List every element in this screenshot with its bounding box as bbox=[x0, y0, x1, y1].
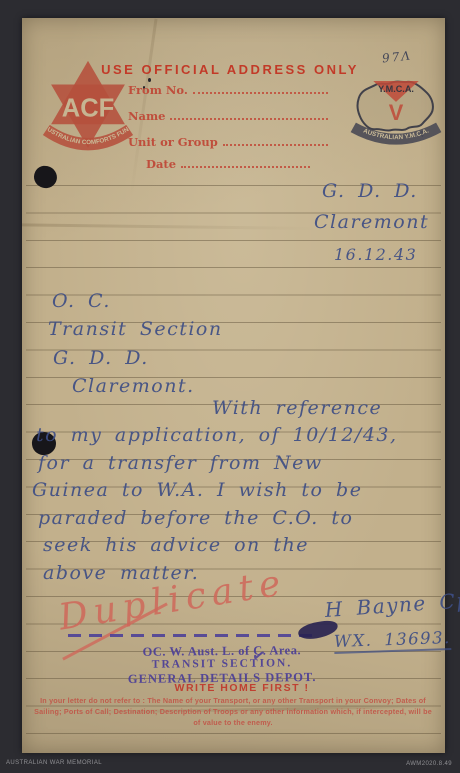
hw-service-number: WX. 13693. bbox=[334, 628, 452, 654]
archive-label: AUSTRALIAN WAR MEMORIAL bbox=[6, 760, 102, 766]
hw-body-line: seek his advice on the bbox=[43, 534, 309, 556]
field-label: Date bbox=[146, 157, 176, 171]
hw-body-line: paraded before the C.O. to bbox=[38, 507, 353, 529]
field-from-no: From No. bbox=[128, 80, 330, 97]
ymca-name: Y.M.C.A. bbox=[378, 84, 414, 94]
hw-body-line: With reference bbox=[212, 397, 382, 419]
censorship-notice: In your letter do not refer to : The Nam… bbox=[34, 696, 432, 728]
accession-number: AWM2020.8.49 bbox=[406, 761, 452, 767]
acf-logo: ACF AUSTRALIAN COMFORTS FUND bbox=[40, 58, 136, 164]
ymca-v-mark: V bbox=[389, 100, 404, 125]
acf-initials: ACF bbox=[62, 95, 115, 123]
hw-date: 16.12.43 bbox=[334, 245, 417, 264]
hw-from-unit: G. D. D. bbox=[322, 180, 418, 202]
field-name: Name bbox=[128, 106, 330, 123]
field-unit-or-group: Unit or Group bbox=[128, 132, 330, 149]
dotted-leader-line bbox=[223, 143, 328, 146]
hw-to-line: O. C. bbox=[52, 290, 111, 312]
scanned-letter-page: USE OFFICIAL ADDRESS ONLY From No. Name … bbox=[0, 0, 460, 773]
dotted-leader-line bbox=[193, 91, 328, 94]
hw-body-line: to my application, of 10/12/43, bbox=[36, 424, 398, 446]
unit-stamp: OC. W. Aust. L. of C. Area. TRANSIT SECT… bbox=[77, 642, 367, 686]
hw-body-line: Guinea to W.A. I wish to be bbox=[32, 479, 362, 501]
write-home-slogan: WRITE HOME FIRST ! bbox=[92, 682, 392, 694]
letter-paper: USE OFFICIAL ADDRESS ONLY From No. Name … bbox=[22, 18, 445, 753]
hw-to-line: G. D. D. bbox=[53, 347, 149, 369]
field-date: Date bbox=[146, 154, 312, 171]
dotted-leader-line bbox=[170, 117, 328, 120]
hw-to-line: Transit Section bbox=[48, 318, 223, 340]
hw-to-line: Claremont. bbox=[72, 375, 195, 397]
dotted-leader-line bbox=[181, 165, 310, 168]
field-label: From No. bbox=[128, 83, 188, 97]
field-label: Unit or Group bbox=[128, 135, 218, 149]
hw-from-place: Claremont bbox=[314, 211, 429, 233]
hw-body-line: for a transfer from New bbox=[38, 452, 323, 474]
ymca-logo: Y.M.C.A. V AUSTRALIAN Y.M.C.A. bbox=[346, 62, 446, 160]
stamp-dashed-line bbox=[68, 634, 320, 637]
